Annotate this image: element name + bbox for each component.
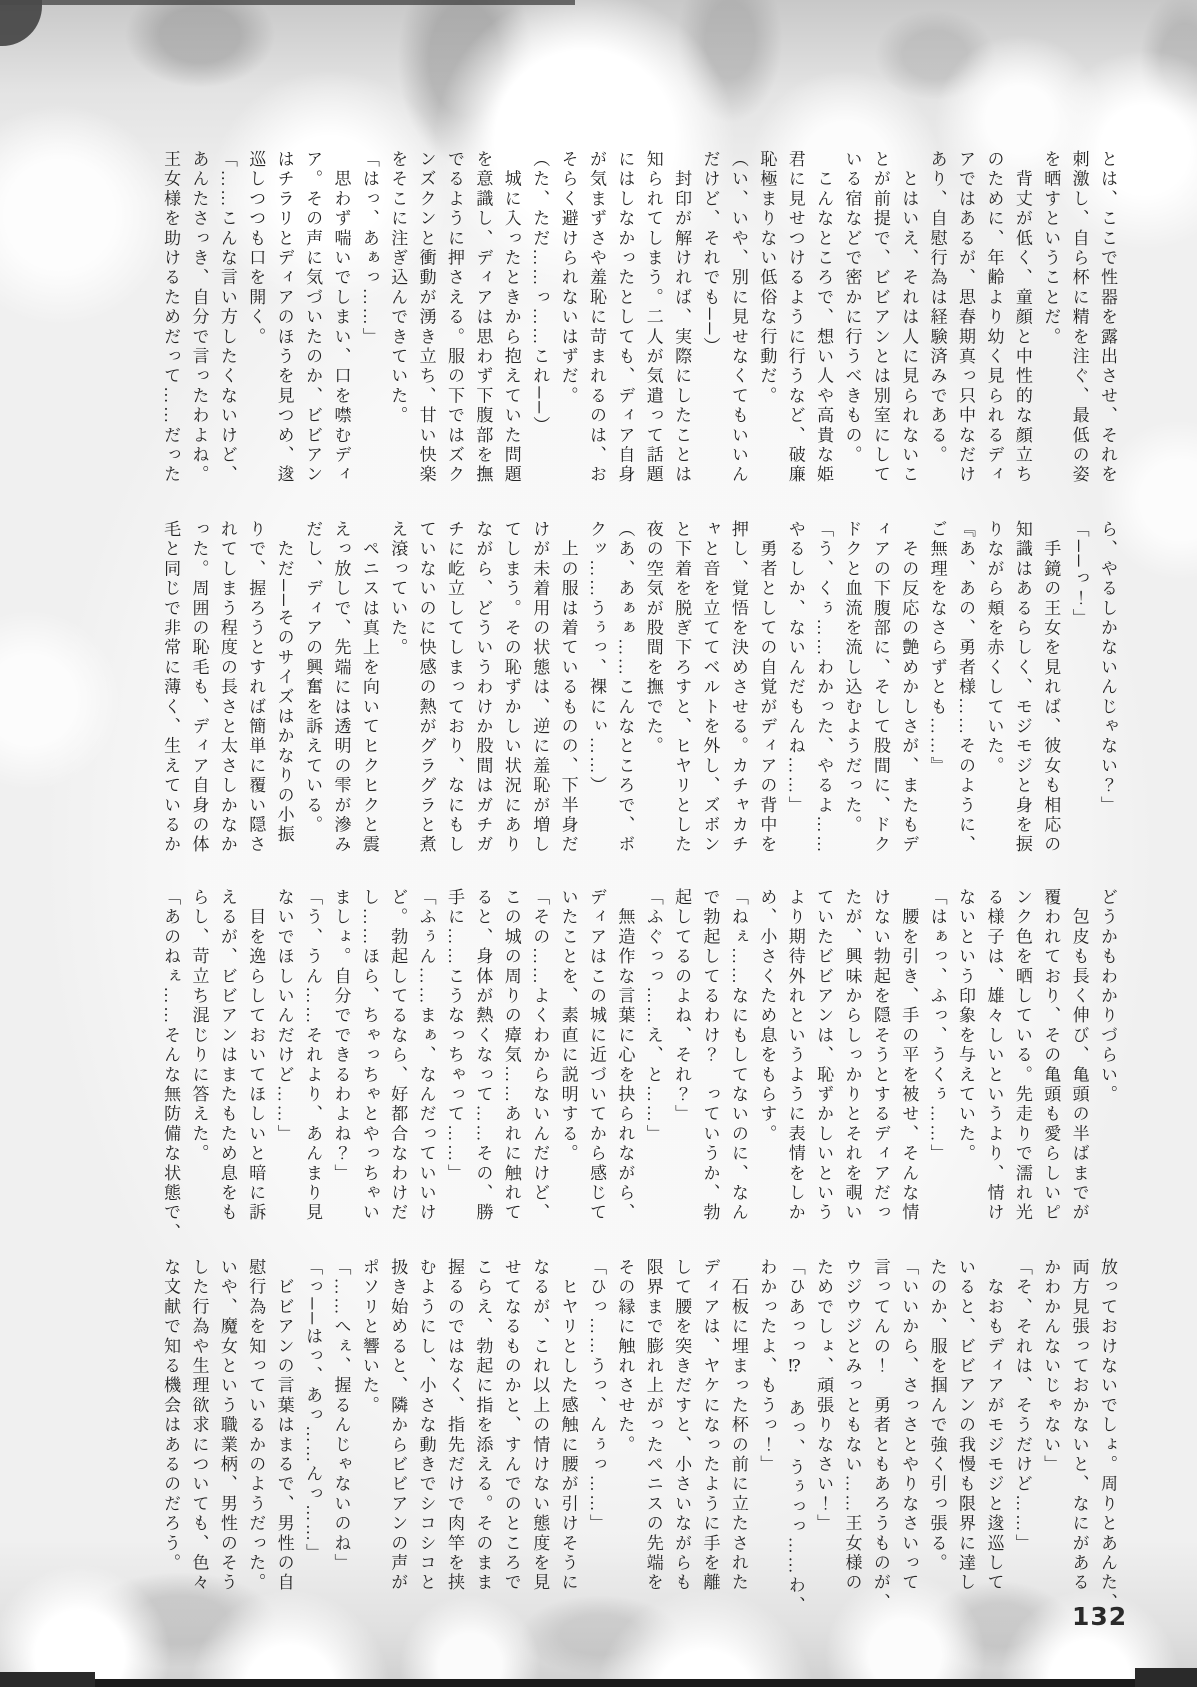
text-column: わかったよ、もうっ！」 [752, 1258, 780, 1630]
scan-edge-artifact [1135, 1668, 1197, 1687]
text-column: る様子は、雄々しいというより、情け [979, 888, 1007, 1260]
text-column: え滾っていた。 [383, 520, 411, 892]
text-column: けない勃起を隠そうとするディアだっ [865, 888, 893, 1260]
text-column: こんなところで、想い人や高貴な姫 [809, 150, 837, 522]
text-column: そらく避けられないはずだ。 [553, 150, 581, 522]
text-column: 「はぁっ、ふっ、うくぅ……」 [922, 888, 950, 1260]
text-column: どうかもわかりづらい。 [1093, 888, 1121, 1260]
text-column: とは、ここで性器を露出させ、それを [1093, 150, 1121, 522]
text-column: 両方見張っておかないと、なにがある [1064, 1258, 1092, 1630]
text-column: して腰を突きだすと、小さいながらも [667, 1258, 695, 1630]
text-column: らし、苛立ち混じりに答えた。 [184, 888, 212, 1260]
text-column: 「う、くぅ……わかった、やるよ…… [809, 520, 837, 892]
text-column: ア。その声に気づいたのか、ビビアン [298, 150, 326, 522]
text-column: め、小さくため息をもらす。 [752, 888, 780, 1260]
text-band-4: 放っておけないでしょ。周りとあんた、両方見張っておかないと、なにがあるかわかんな… [155, 1258, 1121, 1630]
text-column: だし、ディアの興奮を訴えている。 [298, 520, 326, 892]
text-column: えっ放しで、先端には透明の雫が滲み [326, 520, 354, 892]
text-column: ただ──そのサイズはかなりの小振 [269, 520, 297, 892]
text-column: ャと音を立ててベルトを外し、ズボン [695, 520, 723, 892]
text-column: 城に入ったときから抱えていた問題 [496, 150, 524, 522]
text-band-3: どうかもわかりづらい。 包皮も長く伸び、亀頭の半ばまでが覆われており、その亀頭も… [155, 888, 1121, 1260]
text-column: 「ひっ……うっ、んぅっ……」 [582, 1258, 610, 1630]
text-column: 上の服は着ているものの、下半身だ [553, 520, 581, 892]
text-column: 知識はあるらしく、モジモジと身を捩 [1007, 520, 1035, 892]
text-column: ましょ。自分でできるわよね？」 [326, 888, 354, 1260]
text-column: この城の周りの瘴気……あれに触れて [496, 888, 524, 1260]
text-column: ながら、どういうわけか股間はガチガ [468, 520, 496, 892]
text-column: 石板に埋まった杯の前に立たされた [724, 1258, 752, 1630]
text-column: 毛と同じで非常に薄く、生えているか [156, 520, 184, 892]
text-column: 押し、覚悟を決めさせる。カチャカチ [724, 520, 752, 892]
text-column: せてなるものかと、すんでのところで [496, 1258, 524, 1630]
text-band-2: ら、やるしかないんじゃない？」「──っ！」 手鏡の王女を見れば、彼女も相応の知識… [155, 520, 1121, 892]
text-column: 刺激し、自ら杯に精を注ぐ、最低の姿 [1064, 150, 1092, 522]
text-column: ポソリと響いた。 [354, 1258, 382, 1630]
text-column: 思わず喘いでしまい、口を噤むディ [326, 150, 354, 522]
text-column: ンズクンと衝動が湧き立ち、甘い快楽 [411, 150, 439, 522]
text-column: 手鏡の王女を見れば、彼女も相応の [1036, 520, 1064, 892]
text-column: りながら頬を赤くしていた。 [979, 520, 1007, 892]
text-column: ご無理をなさらずとも……』 [922, 520, 950, 892]
text-column: チに屹立してしまっており、なにもし [440, 520, 468, 892]
text-column: ビビアンの言葉はまるで、男性の自 [269, 1258, 297, 1630]
text-column: たのか、服を掴んで強く引っ張る。 [922, 1258, 950, 1630]
text-column: 包皮も長く伸び、亀頭の半ばまでが [1064, 888, 1092, 1260]
text-column: れてしまう程度の長さと太さしかなか [213, 520, 241, 892]
text-column: いたことを、素直に説明する。 [553, 888, 581, 1260]
text-column: 慰行為を知っているかのようだった。 [241, 1258, 269, 1630]
text-column: を意識し、ディアは思わず下腹部を撫 [468, 150, 496, 522]
text-column: 王女様を助けるためだって……だった [156, 150, 184, 522]
scan-edge-artifact [0, 0, 575, 5]
novel-page: { "page": { "number": "132" }, "text": {… [0, 0, 1197, 1687]
text-column: こらえ、勃起に指を添える。そのまま [468, 1258, 496, 1630]
text-column: いや、魔女という職業柄、男性のそう [213, 1258, 241, 1630]
text-column: 目を逸らしておいてほしいと暗に訴 [241, 888, 269, 1260]
text-column: と下着を脱ぎ下ろすと、ヒヤリとした [667, 520, 695, 892]
text-column: 限界まで膨れ上がったペニスの先端を [638, 1258, 666, 1630]
text-column: 「はっ、あぁっ……」 [354, 150, 382, 522]
text-column: 無造作な言葉に心を抉られながら、 [610, 888, 638, 1260]
text-column: 手に……こうなっちゃって……」 [440, 888, 468, 1260]
text-column: 腰を引き、手の平を被せ、そんな情 [894, 888, 922, 1260]
text-column: その反応の艶めかしさが、またもデ [894, 520, 922, 892]
text-column: 『あ、あの、勇者様……そのように、 [951, 520, 979, 892]
text-column: やるしか、ないんだもんね……」 [780, 520, 808, 892]
text-column: 巡しつつも口を開く。 [241, 150, 269, 522]
text-column: ないでほしいんだけど……」 [269, 888, 297, 1260]
text-column: 扱き始めると、隣からビビアンの声が [383, 1258, 411, 1630]
text-column: した行為や生理欲求についても、色々 [184, 1258, 212, 1630]
text-column: ディアは、ヤケになったように手を離 [695, 1258, 723, 1630]
text-column: ていたビビアンは、恥ずかしいという [809, 888, 837, 1260]
text-column: ないという印象を与えていた。 [951, 888, 979, 1260]
text-column: ると、身体が熱くなって……その、勝 [468, 888, 496, 1260]
text-column: より期待外れというように表情をしか [780, 888, 808, 1260]
text-column: 「……こんな言い方したくないけど、 [213, 150, 241, 522]
text-column: のために、年齢より幼く見られるディ [979, 150, 1007, 522]
text-column: 「ふぐっっ……え、と……」 [638, 888, 666, 1260]
text-column: ンク色を晒している。先走りで濡れ光 [1007, 888, 1035, 1260]
text-column: その縁に触れさせた。 [610, 1258, 638, 1630]
text-column: ヒヤリとした感触に腰が引けそうに [553, 1258, 581, 1630]
text-column: 君に見せつけるように行うなど、破廉 [780, 150, 808, 522]
text-column: 「ひあっっ⁉ あっ、うぅっっ……わ、 [780, 1258, 808, 1630]
text-column: 封印が解ければ、実際にしたことは [667, 150, 695, 522]
text-column: 「……へぇ、握るんじゃないのね」 [326, 1258, 354, 1630]
text-column: 「そ、それは、そうだけど……」 [1007, 1258, 1035, 1630]
text-column: 「ねぇ……なにもしてないのに、なん [724, 888, 752, 1260]
page-number: 132 [1072, 1602, 1127, 1631]
text-column: たが、興味からしっかりとそれを覗い [837, 888, 865, 1260]
text-column: りで、握ろうとすれば簡単に覆い隠さ [241, 520, 269, 892]
text-column: （あ、あぁぁ……こんなところで、ボ [610, 520, 638, 892]
text-column: 「その……よくわからないんだけど、 [525, 888, 553, 1260]
text-column: てしまう。その恥ずかしい状況にあり [496, 520, 524, 892]
text-column: を晒すということだ。 [1036, 150, 1064, 522]
text-column: むようにし、小さな動きでシコシコと [411, 1258, 439, 1630]
text-column: な文献で知る機会はあるのだろう。 [156, 1258, 184, 1630]
text-column: 覆われており、その亀頭も愛らしいピ [1036, 888, 1064, 1260]
scan-edge-artifact [0, 1679, 1197, 1687]
text-column: とが前提で、ビビアンとは別室にして [865, 150, 893, 522]
text-column: し……ほら、ちゃっちゃとやっちゃい [354, 888, 382, 1260]
text-column: にはしなかったとしても、ディア自身 [610, 150, 638, 522]
text-column: ていないのに快感の熱がグラグラと煮 [411, 520, 439, 892]
text-column: 「いいから、さっさとやりなさいって [894, 1258, 922, 1630]
text-column: 「ふぅん……まぁ、なんだっていいけ [411, 888, 439, 1260]
text-column: アではあるが、思春期真っ只中なだけ [951, 150, 979, 522]
text-column: ドクと血流を流し込むようだった。 [837, 520, 865, 892]
text-column: けが未着用の状態は、逆に羞恥が増し [525, 520, 553, 892]
text-column: ウジウジとみっともない……王女様の [837, 1258, 865, 1630]
text-column: ためでしょ、頑張りなさい！」 [809, 1258, 837, 1630]
text-column: 「う、うん……それより、あんまり見 [298, 888, 326, 1260]
text-column: 放っておけないでしょ。周りとあんた、 [1093, 1258, 1121, 1630]
text-column: ど。勃起してるなら、好都合なわけだ [383, 888, 411, 1260]
text-column: （い、いや、別に見せなくてもいいん [724, 150, 752, 522]
text-column: 起してるのよね、それ？」 [667, 888, 695, 1260]
text-column: とはいえ、それは人に見られないこ [894, 150, 922, 522]
text-column: あんたさっき、自分で言ったわよね。 [184, 150, 212, 522]
text-column: なるが、これ以上の情けない態度を見 [525, 1258, 553, 1630]
text-column: 「っ──はっ、あっ……んっ……」 [298, 1258, 326, 1630]
text-band-1: とは、ここで性器を露出させ、それを刺激し、自ら杯に精を注ぐ、最低の姿を晒すという… [155, 150, 1121, 522]
text-column: なおもディアがモジモジと逡巡して [979, 1258, 1007, 1630]
text-column: かわかんないじゃない」 [1036, 1258, 1064, 1630]
text-column: で勃起してるわけ？ っていうか、勃 [695, 888, 723, 1260]
text-column: はチラリとディアのほうを見つめ、逡 [269, 150, 297, 522]
text-column: クッ……うぅっ、裸にぃ……） [582, 520, 610, 892]
text-column: ディアはこの城に近づいてから感じて [582, 888, 610, 1260]
text-column: えるが、ビビアンはまたもため息をも [213, 888, 241, 1260]
text-column: 「──っ！」 [1064, 520, 1092, 892]
text-column: いると、ビビアンの我慢も限界に達し [951, 1258, 979, 1630]
text-column: 握るのではなく、指先だけで肉竿を挟 [440, 1258, 468, 1630]
text-column: ィアの下腹部に、そして股間に、ドク [865, 520, 893, 892]
text-column: ら、やるしかないんじゃない？」 [1093, 520, 1121, 892]
text-column: 言ってんの！ 勇者ともあろうものが、 [865, 1258, 893, 1630]
text-column: が気まずさや羞恥に苛まれるのは、お [582, 150, 610, 522]
text-column: あり、自慰行為は経験済みである。 [922, 150, 950, 522]
text-column: だけど、それでも──） [695, 150, 723, 522]
text-column: 知られてしまう。二人が気遣って話題 [638, 150, 666, 522]
text-column: 勇者としての自覚がディアの背中を [752, 520, 780, 892]
text-column: 夜の空気が股間を撫でた。 [638, 520, 666, 892]
text-column: でるように押さえる。服の下ではズク [440, 150, 468, 522]
text-column: いる宿などで密かに行うべきもの。 [837, 150, 865, 522]
text-column: をそこに注ぎ込んできていた。 [383, 150, 411, 522]
scan-edge-artifact [0, 1672, 95, 1687]
text-column: ペニスは真上を向いてヒクヒクと震 [354, 520, 382, 892]
text-column: 恥極まりない低俗な行動だ。 [752, 150, 780, 522]
text-column: った。周囲の恥毛も、ディア自身の体 [184, 520, 212, 892]
text-column: 「あのねぇ……そんな無防備な状態で、 [156, 888, 184, 1260]
scan-edge-artifact [0, 0, 42, 46]
text-column: （た、ただ……っ……これ──） [525, 150, 553, 522]
text-column: 背丈が低く、童顔と中性的な顔立ち [1007, 150, 1035, 522]
